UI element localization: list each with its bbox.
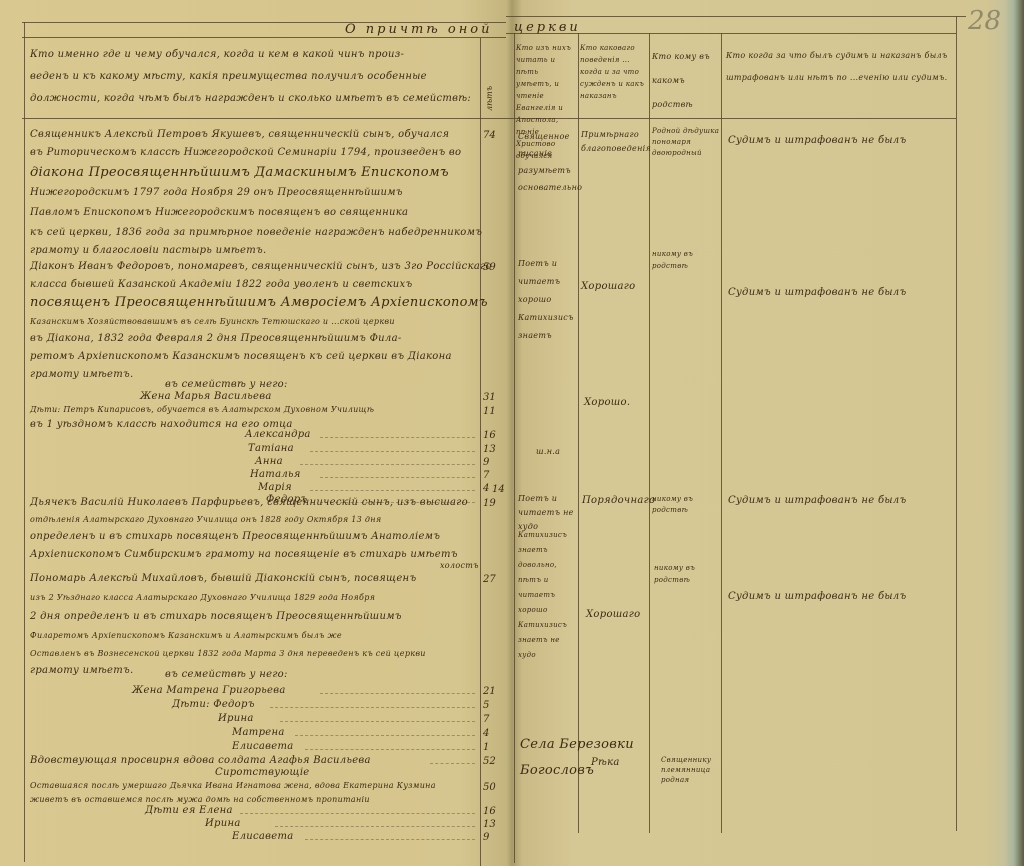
family-member: Марiя	[258, 483, 292, 493]
entry-line: Оставленъ въ Вознесенской церкви 1832 го…	[30, 650, 426, 658]
cell-relation: Родной дѣдушка пономаря двоюродный	[652, 126, 720, 159]
family-member: Жена Марья Васильева	[140, 392, 272, 402]
family-member: Ирина	[218, 714, 254, 724]
column-header-line: Кто именно где и чему обучался, когда и …	[30, 50, 404, 60]
leader-dash	[270, 707, 475, 708]
cell-behavior: Хорошаго	[586, 610, 640, 620]
entry-line: въ Риторическомъ классѣ Нижегородской Се…	[30, 148, 461, 158]
entry-line: изъ 2 Уѣзднаго класса Алатырскаго Духовн…	[30, 594, 375, 602]
age-value: 59	[483, 262, 496, 273]
entry-line: ретомъ Архiепископомъ Казанскимъ посвяще…	[30, 352, 452, 362]
age-value: 13	[483, 444, 496, 455]
cell-judgment: Судимъ и штрафованъ не былъ	[728, 496, 906, 506]
entry-line: посвященъ Преосвященнѣйшимъ Амвросiемъ А…	[30, 296, 488, 309]
age-value: 11	[483, 406, 496, 417]
orphan-member: Дѣти ея Елена	[145, 806, 233, 816]
family-member: Матрена	[232, 728, 285, 738]
family-member: Дѣти: Петръ Кипарисовъ, обучается въ Ала…	[30, 406, 374, 414]
age-value: 21	[483, 686, 496, 697]
age-value: 74	[483, 130, 496, 141]
cell-relation: никому въ родствѣ	[652, 494, 720, 516]
entry-line: Дiаконъ Иванъ Федоровъ, пономаревъ, свящ…	[30, 262, 492, 272]
entry-line: грамоту и благословiи пастырь имѣетъ.	[30, 246, 267, 256]
entry-line: отдѣленiя Алатырскаго Духовнаго Училища …	[30, 516, 381, 524]
cell-behavior: Хорошо.	[584, 398, 630, 408]
header-title-right: церкви	[514, 20, 581, 35]
age-value: 13	[483, 819, 496, 830]
rule-col-1	[514, 33, 515, 863]
cell-behavior: Рѣка	[591, 758, 620, 768]
family-member: Наталья	[250, 470, 301, 480]
book-spread: О причтѣ оной Кто именно где и чему обуч…	[0, 0, 1024, 866]
leader-dash	[295, 735, 475, 736]
entry-line: определенъ и въ стихарь посвященъ Преосв…	[30, 532, 440, 542]
leader-dash	[320, 477, 475, 478]
rule-col-3	[649, 33, 650, 833]
widow-entry: Вдовствующая просвирня вдова солдата Ага…	[30, 756, 371, 766]
leader-dash	[305, 839, 475, 840]
rule-top	[506, 16, 966, 17]
leader-dash	[310, 490, 475, 491]
age-value: 19	[483, 498, 496, 509]
orphans-heading: Сиротствующiе	[215, 768, 310, 778]
family-member: Анна	[255, 457, 283, 467]
entry-line: Пономарь Алексѣй Михайловъ, бывшiй Дiако…	[30, 574, 416, 584]
entry-line: класса бывшей Казанской Академiи 1822 го…	[30, 280, 412, 290]
age-value: 9	[483, 457, 489, 468]
age-value: 5	[483, 700, 489, 711]
leader-dash	[275, 826, 475, 827]
cell-reading: Священное писанiе разумѣетъ основательно	[518, 128, 576, 196]
right-page: церкви 28 Кто изъ нихъ читать и пѣть умѣ…	[506, 0, 1024, 866]
age-value: 7	[483, 470, 489, 481]
entry-line: Нижегородскимъ 1797 года Ноября 29 онъ П…	[30, 188, 403, 198]
cell-relation: никому въ родствѣ	[654, 562, 720, 586]
cell-reading: Села Березовки Богословъ	[520, 732, 660, 784]
rule-age-column	[480, 38, 481, 866]
age-value: 50	[483, 782, 496, 793]
entry-line: дiакона Преосвященнѣйшимъ Дамаскинымъ Еп…	[30, 166, 449, 179]
age-value: 14	[492, 484, 505, 495]
column-header-line: веденъ и къ какому мѣсту, какiя преимуще…	[30, 72, 427, 82]
entry-line: къ сей церкви, 1836 года за примѣрное по…	[30, 228, 482, 238]
cell-behavior: Порядочнаго	[582, 494, 648, 508]
entry-note: холостъ	[440, 562, 479, 570]
age-value: 27	[483, 574, 496, 585]
age-value: 4	[483, 728, 489, 739]
family-member: Елисавета	[232, 742, 294, 752]
orphans-line: Оставшаяся послѣ умершаго Дьячка Ивана И…	[30, 782, 436, 790]
column-header-line: должности, когда чѣмъ былъ награжденъ и …	[30, 94, 471, 104]
orphan-member: Ирина	[205, 819, 241, 829]
age-value: 1	[483, 742, 489, 753]
leader-dash	[280, 721, 475, 722]
entry-line: Казанскимъ Хозяйствовавшимъ въ селѣ Буин…	[30, 318, 395, 326]
entry-line: Дьячекъ Василiй Николаевъ Парфирьевъ, св…	[30, 498, 468, 508]
rule-header-bottom	[22, 118, 506, 119]
family-heading: въ семействѣ у него:	[165, 670, 288, 680]
column-header: Кто каковаго поведенiя ... когда и за чт…	[580, 42, 648, 102]
cell-relation: никому въ родствѣ	[652, 248, 720, 272]
cell-judgment: Судимъ и штрафованъ не былъ	[728, 288, 906, 298]
family-member: Дѣти: Федоръ	[172, 700, 255, 710]
cell-behavior: Хорошаго	[581, 282, 635, 292]
leader-dash	[310, 451, 475, 452]
entry-line: Священникъ Алексѣй Петровъ Якушевъ, свящ…	[30, 130, 449, 140]
leader-dash	[320, 693, 475, 694]
entry-line: въ Дiакона, 1832 года Февраля 2 дня Прео…	[30, 334, 402, 344]
cell-relation: Священнику племянница родная	[661, 755, 733, 785]
entry-line: грамоту имѣетъ.	[30, 370, 134, 380]
age-value: 4	[483, 483, 489, 494]
rule-col-2	[578, 33, 579, 833]
rule-col-5	[956, 16, 957, 831]
rule-col-4	[721, 33, 722, 833]
leader-dash	[430, 763, 475, 764]
age-value: 7	[483, 714, 489, 725]
age-column-header: лѣтъ	[485, 56, 494, 111]
cell-reading: Катихизисъ знаетъ довольно, пѣтъ и читае…	[518, 528, 576, 663]
entry-line: Филаретомъ Архiепископомъ Казанскимъ и А…	[30, 632, 342, 640]
family-member: Александра	[245, 430, 311, 440]
leader-dash	[240, 813, 475, 814]
entry-line: Павломъ Епископомъ Нижегородскимъ посвящ…	[30, 208, 408, 218]
age-value: 31	[483, 392, 496, 403]
family-member: Татiана	[248, 444, 294, 454]
leader-dash	[320, 437, 475, 438]
column-header: Кто когда за что былъ судимъ и наказанъ …	[726, 45, 951, 89]
column-header: Кто кому въ какомъ родствѣ	[652, 45, 718, 117]
entry-line: грамоту имѣетъ.	[30, 666, 134, 676]
entry-line: Архiепископомъ Симбирскимъ грамоту на по…	[30, 550, 458, 560]
orphan-member: Елисавета	[232, 832, 294, 842]
age-value: 16	[483, 430, 496, 441]
age-value: 9	[483, 832, 489, 843]
cell-behavior: Примѣрнаго благоповеденiя	[581, 128, 647, 156]
age-value: 16	[483, 806, 496, 817]
leader-dash	[300, 464, 475, 465]
cell-judgment: Судимъ и штрафованъ не былъ	[728, 136, 906, 146]
family-member: Жена Матрена Григорьева	[132, 686, 286, 696]
page-number: 28	[968, 6, 1001, 36]
header-title-left: О причтѣ оной	[345, 22, 492, 37]
rule-header	[22, 37, 506, 38]
leader-dash	[305, 749, 475, 750]
cell-judgment: Судимъ и штрафованъ не былъ	[728, 592, 906, 602]
rule-left-margin	[24, 22, 25, 862]
family-heading: въ семействѣ у него:	[165, 380, 288, 390]
left-page: О причтѣ оной Кто именно где и чему обуч…	[0, 0, 506, 866]
entry-line: 2 дня определенъ и въ стихарь посвященъ …	[30, 612, 402, 622]
cell-mark: ш.н.а	[536, 448, 560, 456]
orphans-line: живетъ въ оставшемся послѣ мужа домѣ на …	[30, 796, 370, 804]
age-value: 52	[483, 756, 496, 767]
cell-reading: Поетъ и читаетъ хорошо Катихизисъ знаетъ	[518, 255, 576, 345]
